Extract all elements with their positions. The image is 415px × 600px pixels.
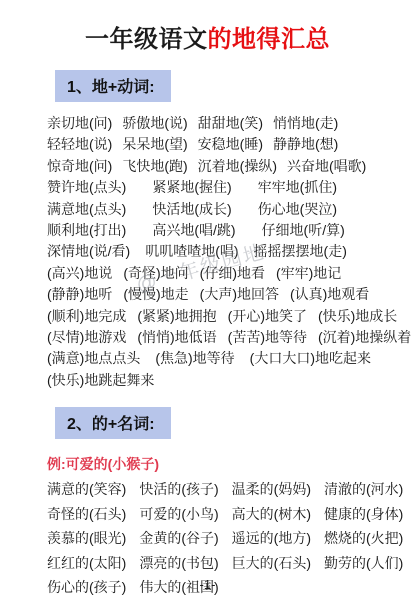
phrase: 快活地(成长) <box>152 199 231 220</box>
page-title-main: 一年级语文 <box>85 26 208 53</box>
phrase: (尽情)地游戏 <box>47 327 126 348</box>
phrase-row: (顺利)地完成(紧紧)地拥抱(开心)地笑了(快乐)地成长 <box>47 306 415 327</box>
phrase: (奇怪)地问 <box>123 263 188 284</box>
phrase: 牢牢地(抓住) <box>258 177 337 198</box>
phrase-row: 满意的(笑容)快活的(孩子)温柔的(妈妈)清澈的(河水) <box>47 477 415 501</box>
phrase: 高兴地(唱/跳) <box>152 220 235 241</box>
phrase: (开心)地笑了 <box>228 306 307 327</box>
phrase: 摇摇摆摆地(走) <box>254 241 347 262</box>
page-title: 一年级语文的地得汇总 <box>0 0 415 54</box>
phrase: 满意的(笑容) <box>47 477 126 501</box>
phrase: 漂亮的(书包) <box>139 551 218 575</box>
section2-heading: 2、的+名词: <box>55 407 171 439</box>
phrase: (牢牢)地记 <box>276 263 341 284</box>
phrase: (慢慢)地走 <box>123 284 188 305</box>
phrase: (快乐)地跳起舞来 <box>47 370 154 391</box>
phrase: 轻轻地(说) <box>47 134 112 155</box>
phrase: 兴奋地(唱歌) <box>287 156 366 177</box>
phrase-row: (满意)地点点头(焦急)地等待(大口大口)地吃起来 <box>47 348 415 369</box>
phrase: (静静)地听 <box>47 284 112 305</box>
phrase-row: (静静)地听(慢慢)地走(大声)地回答(认真)地观看 <box>47 284 415 305</box>
phrase: 巨大的(石头) <box>232 551 311 575</box>
phrase: 燃烧的(火把) <box>324 526 403 550</box>
phrase: 羡慕的(眼光) <box>47 526 126 550</box>
phrase-row: 惊奇地(问)飞快地(跑)沉着地(操纵)兴奋地(唱歌) <box>47 156 415 177</box>
phrase: (高兴)地说 <box>47 263 112 284</box>
phrase-row: 羡慕的(眼光)金黄的(谷子)遥远的(地方)燃烧的(火把) <box>47 526 415 550</box>
phrase: 高大的(树木) <box>232 502 311 526</box>
phrase: 亲切地(问) <box>47 113 112 134</box>
phrase: 清澈的(河水) <box>324 477 403 501</box>
phrase-row: 满意地(点头)快活地(成长)伤心地(哭泣) <box>47 199 415 220</box>
phrase: (大口大口)地吃起来 <box>250 348 371 369</box>
phrase-row: (尽情)地游戏(悄悄)地低语(苦苦)地等待(沉着)地操纵着 <box>47 327 415 348</box>
phrase-row: 奇怪的(石头)可爱的(小鸟)高大的(树木)健康的(身体) <box>47 502 415 526</box>
phrase: 奇怪的(石头) <box>47 502 126 526</box>
section2-example: 例:可爱的(小猴子) <box>47 454 415 474</box>
phrase: 安稳地(睡) <box>198 134 263 155</box>
phrase: 骄傲地(说) <box>122 113 187 134</box>
phrase: 深情地(说/看) <box>47 241 130 262</box>
phrase: 叽叽喳喳地(唱) <box>145 241 238 262</box>
page-title-highlight: 的地得汇总 <box>208 26 331 53</box>
phrase: 甜甜地(笑) <box>198 113 263 134</box>
phrase: 悄悄地(走) <box>273 113 338 134</box>
phrase-row: 红红的(太阳)漂亮的(书包)巨大的(石头)勤劳的(人们) <box>47 551 415 575</box>
phrase-row: 顺利地(打出)高兴地(唱/跳)仔细地(听/算) <box>47 220 415 241</box>
phrase: 沉着地(操纵) <box>198 156 277 177</box>
phrase: (大声)地回答 <box>200 284 279 305</box>
phrase-row: (快乐)地跳起舞来 <box>47 370 415 391</box>
phrase: (认真)地观看 <box>290 284 369 305</box>
phrase: 快活的(孩子) <box>139 477 218 501</box>
phrase: 满意地(点头) <box>47 199 126 220</box>
phrase: 赞许地(点头) <box>47 177 126 198</box>
phrase-row: 亲切地(问)骄傲地(说)甜甜地(笑)悄悄地(走) <box>47 113 415 134</box>
phrase: 顺利地(打出) <box>47 220 126 241</box>
phrase: (顺利)地完成 <box>47 306 126 327</box>
phrase: 勤劳的(人们) <box>324 551 403 575</box>
phrase: (满意)地点点头 <box>47 348 140 369</box>
phrase: (紧紧)地拥抱 <box>137 306 216 327</box>
phrase: 飞快地(跑) <box>122 156 187 177</box>
section1-heading: 1、地+动词: <box>55 70 171 102</box>
phrase: 遥远的(地方) <box>232 526 311 550</box>
phrase: (沉着)地操纵着 <box>318 327 411 348</box>
worksheet-page: 一年级语文的地得汇总 1、地+动词: 亲切地(问)骄傲地(说)甜甜地(笑)悄悄地… <box>0 0 415 600</box>
page-number: -1- <box>0 577 415 592</box>
phrase-row: 赞许地(点头)紧紧地(握住)牢牢地(抓住) <box>47 177 415 198</box>
phrase: 呆呆地(望) <box>122 134 187 155</box>
phrase: 静静地(想) <box>273 134 338 155</box>
phrase: 红红的(太阳) <box>47 551 126 575</box>
phrase: 伤心地(哭泣) <box>258 199 337 220</box>
phrase-row: (高兴)地说(奇怪)地问(仔细)地看(牢牢)地记 <box>47 263 415 284</box>
phrase: 仔细地(听/算) <box>262 220 345 241</box>
phrase: 紧紧地(握住) <box>152 177 231 198</box>
phrase: 温柔的(妈妈) <box>232 477 311 501</box>
phrase: 健康的(身体) <box>324 502 403 526</box>
phrase-row: 深情地(说/看)叽叽喳喳地(唱)摇摇摆摆地(走) <box>47 241 415 262</box>
phrase-row: 轻轻地(说)呆呆地(望)安稳地(睡)静静地(想) <box>47 134 415 155</box>
phrase: 惊奇地(问) <box>47 156 112 177</box>
phrase: 可爱的(小鸟) <box>139 502 218 526</box>
phrase: (仔细)地看 <box>200 263 265 284</box>
phrase: (苦苦)地等待 <box>228 327 307 348</box>
phrase: (快乐)地成长 <box>318 306 397 327</box>
phrase: (悄悄)地低语 <box>137 327 216 348</box>
phrase: (焦急)地等待 <box>155 348 234 369</box>
phrase: 金黄的(谷子) <box>139 526 218 550</box>
section1-phrase-list: 亲切地(问)骄傲地(说)甜甜地(笑)悄悄地(走)轻轻地(说)呆呆地(望)安稳地(… <box>47 113 415 391</box>
